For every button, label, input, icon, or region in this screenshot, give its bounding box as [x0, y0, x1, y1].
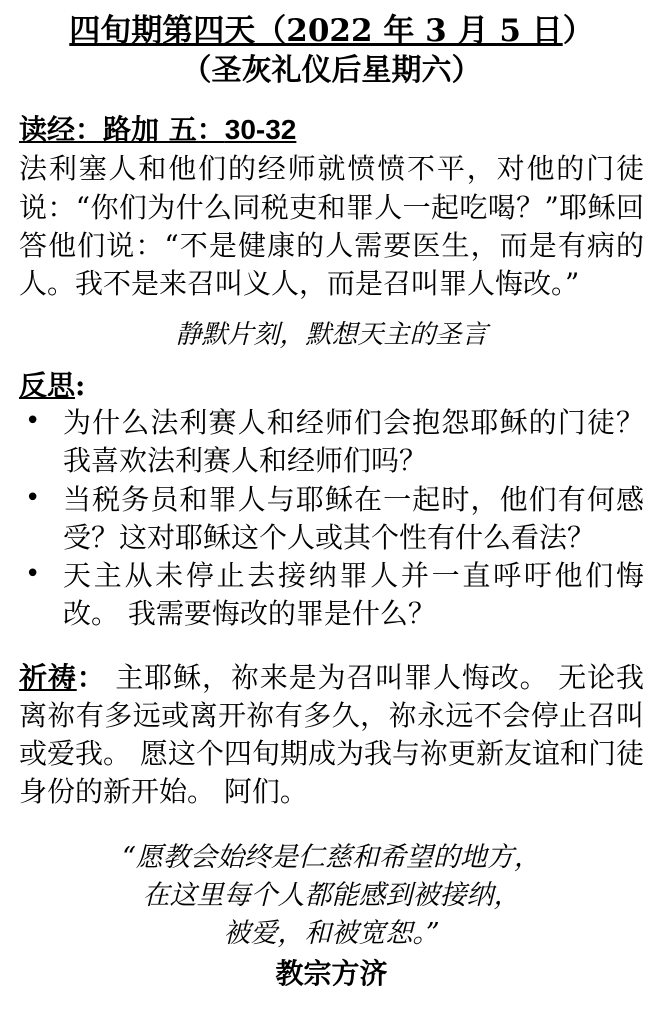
- quote-line: “愿教会始终是仁慈和希望的地方，: [19, 839, 644, 877]
- page-title-tail: ）: [563, 13, 594, 49]
- pope-quote: “愿教会始终是仁慈和希望的地方， 在这里每个人都能感到被接纳， 被爱，和被宽恕。…: [19, 839, 644, 952]
- prayer-heading-colon: ：: [77, 661, 106, 694]
- reflection-item-text: 为什么法利赛人和经师们会抱怨耶稣的门徒？我喜欢法利赛人和经师们吗？: [63, 406, 644, 477]
- reflection-item-text: 当税务员和罪人与耶稣在一起时，他们有何感受？这对耶稣这个人或其个性有什么看法？: [63, 483, 644, 554]
- reflection-item-text: 天主从未停止去接纳罪人并一直呼吁他们悔改。 我需要悔改的罪是什么？: [63, 559, 644, 630]
- page-title: 四旬期第四天（2022 年 3 月 5 日）: [19, 12, 644, 52]
- page-title-underlined: 四旬期第四天（2022 年 3 月 5 日: [69, 13, 562, 49]
- meditation-note: 静默片刻，默想天主的圣言: [19, 319, 644, 353]
- reflection-heading: 反思:: [19, 367, 644, 405]
- reflection-item: •天主从未停止去接纳罪人并一直呼吁他们悔改。 我需要悔改的罪是什么？: [19, 557, 644, 633]
- prayer-text: 主耶稣，祢来是为召叫罪人悔改。 无论我离祢有多远或离开祢有多久，祢永远不会停止召…: [19, 661, 644, 808]
- reflection-heading-colon: :: [75, 369, 85, 402]
- bullet-icon: •: [25, 404, 40, 439]
- document-page: 四旬期第四天（2022 年 3 月 5 日） （圣灰礼仪后星期六） 读经：路加 …: [19, 0, 644, 992]
- prayer-paragraph: 祈祷： 主耶稣，祢来是为召叫罪人悔改。 无论我离祢有多远或离开祢有多久，祢永远不…: [19, 659, 644, 811]
- bullet-icon: •: [25, 481, 40, 516]
- reflection-heading-text: 反思: [19, 369, 75, 402]
- prayer-heading-text: 祈祷: [19, 661, 77, 694]
- bullet-icon: •: [25, 557, 40, 592]
- reflection-item: •为什么法利赛人和经师们会抱怨耶稣的门徒？我喜欢法利赛人和经师们吗？: [19, 404, 644, 480]
- quote-attribution: 教宗方济: [19, 955, 644, 993]
- quote-line: 被爱，和被宽恕。”: [19, 915, 644, 953]
- reading-reference-verses: 30-32: [225, 114, 297, 145]
- reflection-list: •为什么法利赛人和经师们会抱怨耶稣的门徒？我喜欢法利赛人和经师们吗？ •当税务员…: [19, 404, 644, 632]
- prayer-heading: 祈祷：: [19, 661, 106, 694]
- scripture-text: 法利塞人和他们的经师就愤愤不平，对他的门徒说：“你们为什么同税吏和罪人一起吃喝？…: [19, 150, 644, 302]
- page-subtitle: （圣灰礼仪后星期六）: [19, 52, 644, 90]
- quote-line: 在这里每个人都能感到被接纳，: [19, 877, 644, 915]
- reading-reference-cn: 读经：路加 五：: [19, 113, 225, 146]
- reflection-item: •当税务员和罪人与耶稣在一起时，他们有何感受？这对耶稣这个人或其个性有什么看法？: [19, 481, 644, 557]
- reading-reference: 读经：路加 五：30-32: [19, 112, 644, 148]
